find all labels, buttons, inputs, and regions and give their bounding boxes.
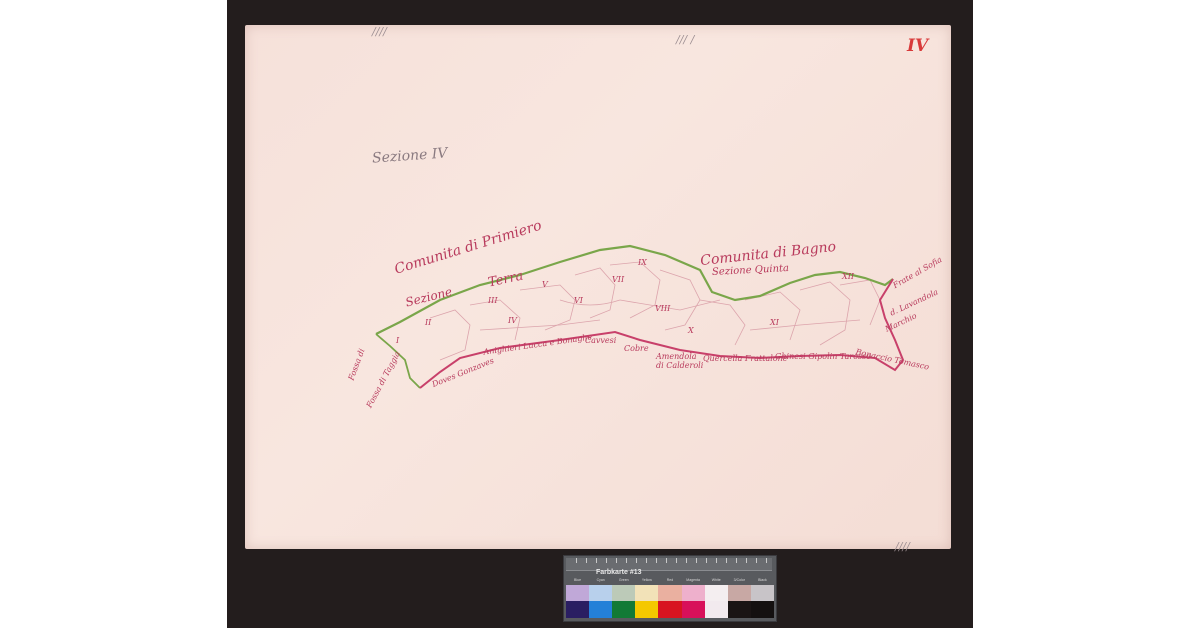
color-swatch <box>682 601 705 618</box>
swatch-label: Green <box>612 578 635 582</box>
parcel-number: VII <box>612 275 624 284</box>
parcel-number: VIII <box>655 304 670 313</box>
parcel-number: IX <box>638 258 647 267</box>
color-swatch <box>566 601 589 618</box>
parcel-number: VI <box>574 296 583 305</box>
color-swatch <box>566 585 589 601</box>
color-swatch <box>705 585 728 601</box>
parcel-number: X <box>688 326 694 335</box>
pencil-mark: //// <box>895 540 910 553</box>
color-swatch <box>751 585 774 601</box>
swatch-label: White <box>705 578 728 582</box>
swatch-label: Black <box>751 578 774 582</box>
pencil-mark: //// <box>372 25 387 38</box>
swatch-label: 3/Color <box>728 578 751 582</box>
swatch-label: Cyan <box>589 578 612 582</box>
boundary-label: Cavvesi <box>585 336 616 345</box>
swatch-label: Magenta <box>682 578 705 582</box>
swatch-row-saturated <box>566 601 774 618</box>
color-swatch <box>705 601 728 618</box>
sheet-number: IV <box>907 36 928 56</box>
color-swatch <box>751 601 774 618</box>
color-swatch <box>635 585 658 601</box>
color-swatch <box>728 585 751 601</box>
color-swatch <box>658 601 681 618</box>
color-swatch <box>635 601 658 618</box>
color-swatch <box>612 601 635 618</box>
color-swatch <box>612 585 635 601</box>
color-swatch <box>658 585 681 601</box>
color-calibration-chart: Farbkarte #13 Blue Cyan Green Yellow Red… <box>563 555 777 622</box>
boundary-label: Cobre <box>624 344 649 353</box>
swatch-label: Red <box>658 578 681 582</box>
swatch-label: Blue <box>566 578 589 582</box>
colorchart-title: Farbkarte #13 <box>596 569 642 576</box>
parcel-number: IV <box>508 316 517 325</box>
parcel-number: V <box>542 280 548 289</box>
color-swatch <box>682 585 705 601</box>
color-swatch <box>589 601 612 618</box>
parcel-number: III <box>488 296 497 305</box>
color-swatch <box>728 601 751 618</box>
swatch-labels: Blue Cyan Green Yellow Red Magenta White… <box>566 578 774 582</box>
swatch-label: Yellow <box>635 578 658 582</box>
pencil-mark: /// / <box>676 33 694 46</box>
parcel-number: II <box>425 318 431 327</box>
parcel-number: XI <box>770 318 779 327</box>
boundary-label: Amendola di Calderoli <box>656 352 706 370</box>
color-swatch <box>589 585 612 601</box>
map-drawing <box>0 0 1200 628</box>
parcel-number: I <box>396 336 399 345</box>
swatch-row-light <box>566 585 774 601</box>
parcel-number: XII <box>842 272 854 281</box>
